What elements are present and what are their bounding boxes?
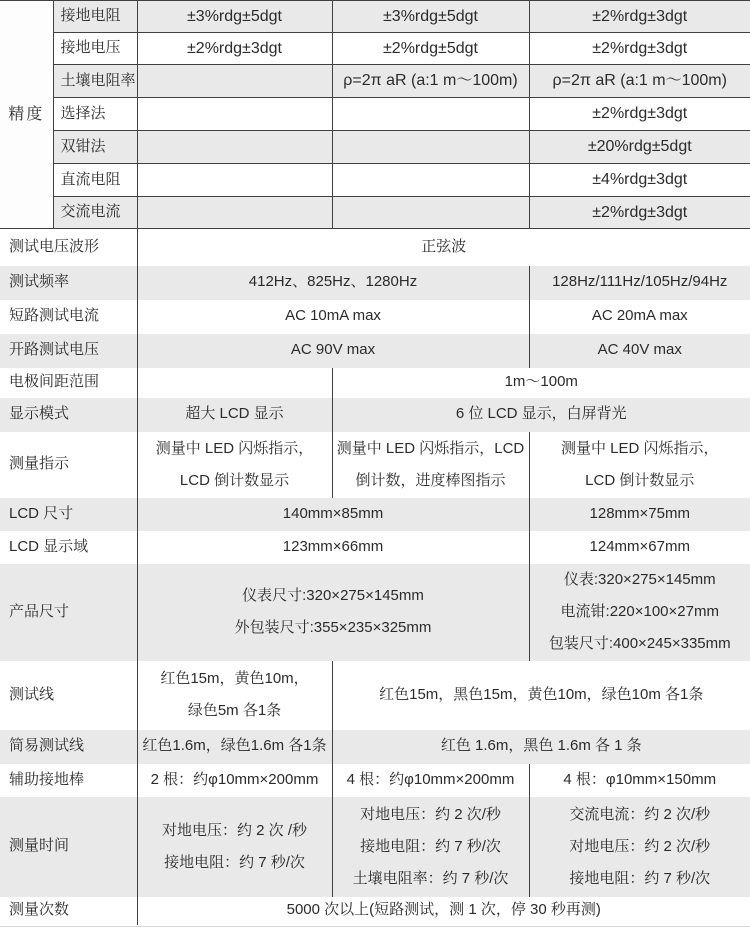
cell-value: ±2%rdg±3dgt bbox=[529, 197, 750, 229]
cell-line: 交流电流：约 2 次/秒 bbox=[530, 799, 750, 831]
cell-line: 包装尺寸:400×245×335mm bbox=[530, 628, 750, 660]
cell-value: 123mm×66mm bbox=[137, 531, 529, 564]
cell-line: LCD 倒计数显示 bbox=[530, 465, 750, 497]
spec-table: 精度 接地电阻 ±3%rdg±5dgt ±3%rdg±5dgt ±2%rdg±3… bbox=[0, 0, 750, 925]
row-auxiliary-ground-rods: 辅助接地棒 2 根：约φ10mm×200mm 4 根：约φ10mm×200mm … bbox=[0, 764, 750, 797]
cell-line: 红色15m，黄色10m， bbox=[138, 663, 332, 695]
accuracy-sublabel: 选择法 bbox=[53, 98, 137, 131]
cell-value: 4 根：约φ10mm×200mm bbox=[332, 764, 529, 797]
row-test-leads: 测试线 红色15m，黄色10m， 绿色5m 各1条 红色15m，黑色15m，黄色… bbox=[0, 661, 750, 730]
row-accuracy-selection-method: 选择法 ±2%rdg±3dgt bbox=[0, 98, 750, 131]
row-label: 测量指示 bbox=[0, 432, 137, 498]
cell-value: ±2%rdg±3dgt bbox=[137, 33, 332, 65]
cell-value bbox=[332, 164, 529, 197]
cell-value: AC 90V max bbox=[137, 334, 529, 368]
cell-value: 412Hz、825Hz、1280Hz bbox=[137, 266, 529, 300]
cell-value: ρ=2π aR (a:1 m～100m) bbox=[529, 65, 750, 98]
row-accuracy-dc-resistance: 直流电阻 ±4%rdg±3dgt bbox=[0, 164, 750, 197]
row-display-mode: 显示模式 超大 LCD 显示 6 位 LCD 显示，白屏背光 bbox=[0, 398, 750, 432]
cell-line: 仪表:320×275×145mm bbox=[530, 564, 750, 596]
row-test-frequency: 测试频率 412Hz、825Hz、1280Hz 128Hz/111Hz/105H… bbox=[0, 266, 750, 300]
accuracy-group-label: 精度 bbox=[0, 1, 53, 229]
row-label: 测量次数 bbox=[0, 897, 137, 925]
row-short-circuit-test-current: 短路测试电流 AC 10mA max AC 20mA max bbox=[0, 300, 750, 334]
cell-line: 土壤电阻率：约 7 秒/次 bbox=[333, 863, 529, 895]
cell-value: 1m～100m bbox=[332, 368, 750, 398]
cell-line: 接地电阻：约 7 秒/次 bbox=[530, 863, 750, 895]
cell-value: 对地电压：约 2 次/秒 接地电阻：约 7 秒/次 土壤电阻率：约 7 秒/次 bbox=[332, 797, 529, 897]
cell-value: ±3%rdg±5dgt bbox=[332, 1, 529, 33]
accuracy-sublabel: 双钳法 bbox=[53, 131, 137, 164]
cell-line: 对地电压：约 2 次/秒 bbox=[530, 831, 750, 863]
cell-value: 红色15m，黄色10m， 绿色5m 各1条 bbox=[137, 661, 332, 730]
cell-line: 对地电压：约 2 次/秒 bbox=[333, 799, 529, 831]
cell-line: 接地电阻：约 7 秒/次 bbox=[333, 831, 529, 863]
cell-value: 128Hz/111Hz/105Hz/94Hz bbox=[529, 266, 750, 300]
accuracy-sublabel: 土壤电阻率 bbox=[53, 65, 137, 98]
accuracy-sublabel: 交流电流 bbox=[53, 197, 137, 229]
row-accuracy-ac-current: 交流电流 ±2%rdg±3dgt bbox=[0, 197, 750, 229]
cell-value: 超大 LCD 显示 bbox=[137, 398, 332, 432]
cell-line: 倒计数，进度棒图指示 bbox=[333, 465, 529, 497]
cell-value bbox=[137, 65, 332, 98]
cell-value bbox=[332, 197, 529, 229]
row-label: 测试电压波形 bbox=[0, 229, 137, 266]
cell-value: 5000 次以上(短路测试，测 1 次，停 30 秒再测) bbox=[137, 897, 750, 925]
accuracy-sublabel: 接地电阻 bbox=[53, 1, 137, 33]
row-product-size: 产品尺寸 仪表尺寸:320×275×145mm 外包装尺寸:355×235×32… bbox=[0, 564, 750, 661]
cell-value: ±2%rdg±3dgt bbox=[529, 1, 750, 33]
cell-value: 正弦波 bbox=[137, 229, 750, 266]
cell-value: 测量中 LED 闪烁指示，LCD 倒计数，进度棒图指示 bbox=[332, 432, 529, 498]
cell-value: 4 根：φ10mm×150mm bbox=[529, 764, 750, 797]
cell-value: 交流电流：约 2 次/秒 对地电压：约 2 次/秒 接地电阻：约 7 秒/次 bbox=[529, 797, 750, 897]
row-label: 测量时间 bbox=[0, 797, 137, 897]
cell-line: 绿色5m 各1条 bbox=[138, 695, 332, 727]
row-accuracy-double-clamp: 双钳法 ±20%rdg±5dgt bbox=[0, 131, 750, 164]
row-label: 简易测试线 bbox=[0, 730, 137, 764]
cell-line: 外包装尺寸:355×235×325mm bbox=[138, 612, 529, 644]
row-electrode-spacing-range: 电极间距范围 1m～100m bbox=[0, 368, 750, 398]
row-label: 测试频率 bbox=[0, 266, 137, 300]
cell-line: 接地电阻：约 7 秒/次 bbox=[138, 847, 332, 879]
row-measurement-indication: 测量指示 测量中 LED 闪烁指示， LCD 倒计数显示 测量中 LED 闪烁指… bbox=[0, 432, 750, 498]
cell-value: 仪表:320×275×145mm 电流钳:220×100×27mm 包装尺寸:4… bbox=[529, 564, 750, 661]
cell-line: 电流钳:220×100×27mm bbox=[530, 596, 750, 628]
cell-value bbox=[332, 98, 529, 131]
cell-value: ±4%rdg±3dgt bbox=[529, 164, 750, 197]
row-label: 短路测试电流 bbox=[0, 300, 137, 334]
row-label: 显示模式 bbox=[0, 398, 137, 432]
cell-line: 对地电压：约 2 次 /秒 bbox=[138, 815, 332, 847]
cell-value bbox=[137, 98, 332, 131]
accuracy-sublabel: 直流电阻 bbox=[53, 164, 137, 197]
row-label: 电极间距范围 bbox=[0, 368, 137, 398]
cell-value: 140mm×85mm bbox=[137, 498, 529, 531]
row-accuracy-ground-voltage: 接地电压 ±2%rdg±3dgt ±2%rdg±5dgt ±2%rdg±3dgt bbox=[0, 33, 750, 65]
cell-value bbox=[332, 131, 529, 164]
cell-value bbox=[137, 368, 332, 398]
cell-value: 仪表尺寸:320×275×145mm 外包装尺寸:355×235×325mm bbox=[137, 564, 529, 661]
cell-value: ±3%rdg±5dgt bbox=[137, 1, 332, 33]
cell-value: 对地电压：约 2 次 /秒 接地电阻：约 7 秒/次 bbox=[137, 797, 332, 897]
cell-line: 测量中 LED 闪烁指示， bbox=[530, 433, 750, 465]
cell-value: ±2%rdg±3dgt bbox=[529, 33, 750, 65]
bottom-divider bbox=[0, 926, 750, 933]
row-simple-test-leads: 简易测试线 红色1.6m，绿色1.6m 各1条 红色 1.6m，黑色 1.6m … bbox=[0, 730, 750, 764]
row-accuracy-ground-resistance: 精度 接地电阻 ±3%rdg±5dgt ±3%rdg±5dgt ±2%rdg±3… bbox=[0, 1, 750, 33]
cell-value: ±2%rdg±3dgt bbox=[529, 98, 750, 131]
cell-value: AC 40V max bbox=[529, 334, 750, 368]
cell-value: 红色 1.6m，黑色 1.6m 各 1 条 bbox=[332, 730, 750, 764]
cell-value bbox=[137, 197, 332, 229]
row-label: LCD 尺寸 bbox=[0, 498, 137, 531]
cell-value: 测量中 LED 闪烁指示， LCD 倒计数显示 bbox=[137, 432, 332, 498]
row-label: 产品尺寸 bbox=[0, 564, 137, 661]
cell-value: ρ=2π aR (a:1 m～100m) bbox=[332, 65, 529, 98]
cell-value bbox=[137, 131, 332, 164]
row-test-voltage-waveform: 测试电压波形 正弦波 bbox=[0, 229, 750, 266]
cell-value: 6 位 LCD 显示，白屏背光 bbox=[332, 398, 750, 432]
row-measurement-time: 测量时间 对地电压：约 2 次 /秒 接地电阻：约 7 秒/次 对地电压：约 2… bbox=[0, 797, 750, 897]
row-measurement-count: 测量次数 5000 次以上(短路测试，测 1 次，停 30 秒再测) bbox=[0, 897, 750, 925]
cell-value: 124mm×67mm bbox=[529, 531, 750, 564]
cell-value: AC 20mA max bbox=[529, 300, 750, 334]
cell-value: 2 根：约φ10mm×200mm bbox=[137, 764, 332, 797]
row-lcd-display-area: LCD 显示域 123mm×66mm 124mm×67mm bbox=[0, 531, 750, 564]
cell-value: ±20%rdg±5dgt bbox=[529, 131, 750, 164]
cell-line: 测量中 LED 闪烁指示， bbox=[138, 433, 332, 465]
cell-line: 测量中 LED 闪烁指示，LCD bbox=[333, 433, 529, 465]
cell-value: 红色15m，黑色15m，黄色10m，绿色10m 各1条 bbox=[332, 661, 750, 730]
row-accuracy-soil-resistivity: 土壤电阻率 ρ=2π aR (a:1 m～100m) ρ=2π aR (a:1 … bbox=[0, 65, 750, 98]
row-label: 开路测试电压 bbox=[0, 334, 137, 368]
row-label: LCD 显示域 bbox=[0, 531, 137, 564]
cell-value: ±2%rdg±5dgt bbox=[332, 33, 529, 65]
cell-value: 红色1.6m，绿色1.6m 各1条 bbox=[137, 730, 332, 764]
row-label: 测试线 bbox=[0, 661, 137, 730]
cell-value: 测量中 LED 闪烁指示， LCD 倒计数显示 bbox=[529, 432, 750, 498]
cell-line: 仪表尺寸:320×275×145mm bbox=[138, 580, 529, 612]
accuracy-sublabel: 接地电压 bbox=[53, 33, 137, 65]
cell-value: AC 10mA max bbox=[137, 300, 529, 334]
row-lcd-size: LCD 尺寸 140mm×85mm 128mm×75mm bbox=[0, 498, 750, 531]
row-label: 辅助接地棒 bbox=[0, 764, 137, 797]
cell-value bbox=[137, 164, 332, 197]
cell-value: 128mm×75mm bbox=[529, 498, 750, 531]
row-open-circuit-test-voltage: 开路测试电压 AC 90V max AC 40V max bbox=[0, 334, 750, 368]
cell-line: LCD 倒计数显示 bbox=[138, 465, 332, 497]
